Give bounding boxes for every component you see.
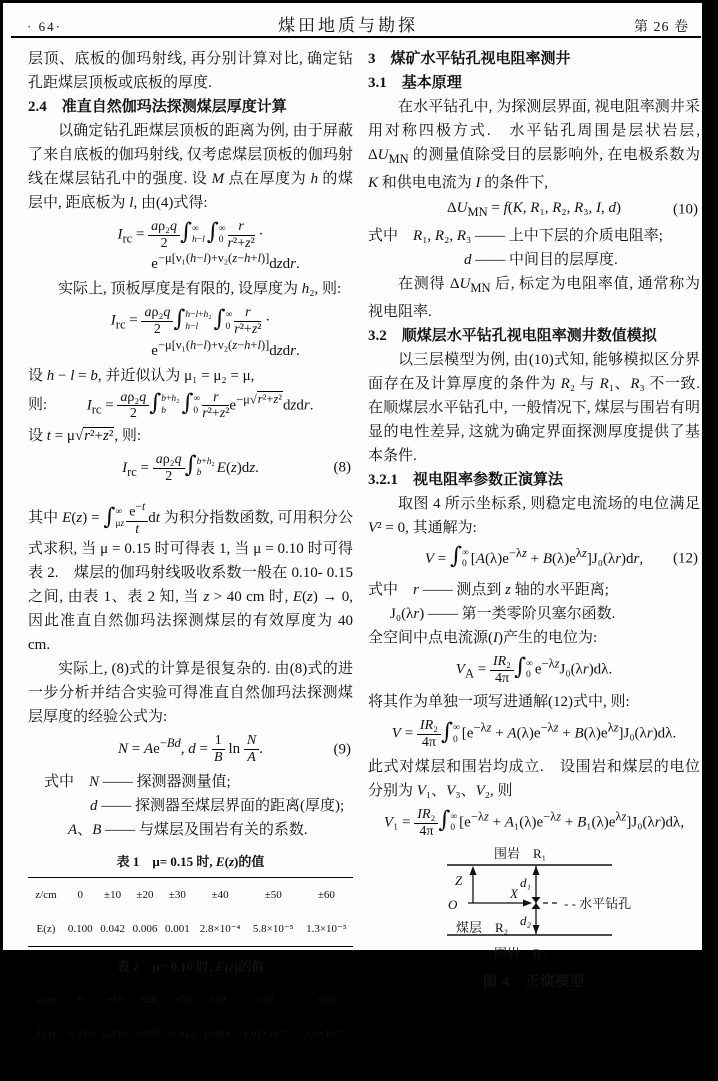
figure-label-x: X: [510, 887, 518, 900]
table-cell: 0.100: [64, 912, 96, 947]
figure-label-d2: d₂: [520, 914, 531, 927]
table-cell: 0.116: [98, 1017, 132, 1052]
borehole-point-lower: [532, 903, 541, 909]
journal-title: 煤田地质与勘探: [278, 11, 418, 36]
table-cell: ±20: [132, 982, 166, 1017]
definition-line: d —— 中间目的层厚度.: [368, 248, 700, 272]
table-cell: 3.6×10⁻⁴: [297, 1017, 353, 1052]
borehole-point-upper: [532, 897, 541, 903]
figure-label-horizontal-borehole: - - 水平钻孔: [564, 897, 631, 910]
table-cell: 0.037: [132, 1017, 166, 1052]
paragraph: 在水平钻孔中, 为探测层界面, 视电阻率测井采用对称四极方式. 水平钻孔周围是层…: [368, 95, 700, 195]
paragraph: 以三层模型为例, 由(10)式知, 能够模拟区分界面存在及计算厚度的条件为 R₂…: [368, 348, 700, 468]
paragraph: 实际上, 顶板厚度是有限的, 设厚度为 h₂, 则:: [28, 277, 353, 301]
section-heading-3-1: 3.1 基本原理: [368, 71, 700, 95]
d1-upper-arrowhead: [533, 866, 540, 875]
figure-label-origin: O: [448, 898, 457, 911]
table-cell: 5.8×10⁻⁵: [247, 912, 300, 947]
table-cell: ±60: [297, 982, 353, 1017]
table-cell: ±10: [98, 982, 132, 1017]
paragraph: 在测得 ΔUMN 后, 标定为电阻率值, 通常称为视电阻率.: [368, 272, 700, 324]
table-cell: ±40: [200, 982, 234, 1017]
figure-label-coal-seam: 煤层 R₂: [456, 921, 508, 934]
table-cell: 2.8×10⁻⁴: [194, 912, 247, 947]
table-cell: 0: [64, 877, 96, 912]
table-cell: 0.003: [200, 1017, 234, 1052]
table-cell: ±40: [194, 877, 247, 912]
table-cell: 1.01×10⁻³: [234, 1017, 297, 1052]
table-cell: z/cm: [28, 877, 64, 912]
equation-number: (8): [334, 458, 352, 478]
table-row: E(z)0.1000.0420.0060.0012.8×10⁻⁴5.8×10⁻⁵…: [28, 912, 353, 947]
equation-10: ΔUMN = f(K, R₁, R₂, R₃, I, d) (10): [368, 199, 700, 220]
figure-label-d1: d₁: [520, 876, 531, 889]
equation-9: N = Ae−Bd, d = 1B ln NA. (9): [28, 733, 353, 765]
equation-v-general: V = IR₂4π∫∞0[e−λz + A(λ)e−λz + B(λ)eλz]J…: [368, 718, 700, 750]
equation-12: V = ∫∞0[A(λ)e−λz + B(λ)eλz]J₀(λr)dr, (12…: [368, 544, 700, 574]
table-cell: 0.012: [166, 1017, 200, 1052]
section-heading-3-2-1: 3.2.1 视电阻率参数正演算法: [368, 468, 700, 492]
equation-va: VA = IR₂4π∫∞0e−λzJ₀(λr)dλ.: [368, 654, 700, 686]
page-number: · 64·: [27, 19, 62, 35]
equation-8: Irc = aρ₂q2∫b+h₂bE(z)dz. (8): [28, 452, 353, 484]
equation-number: (12): [673, 549, 698, 569]
paragraph: 此式对煤层和围岩均成立. 设围岩和煤层的电位分别为 V₁、V₃、V₂, 则: [368, 755, 700, 803]
table-row: z/cm0±10±20±30±40±50±60: [28, 982, 353, 1017]
table-row: E(z)0.2190.1160.0370.0120.0031.01×10⁻³3.…: [28, 1017, 353, 1052]
table-cell: 0.219: [64, 1017, 98, 1052]
table-cell: ±50: [234, 982, 297, 1017]
definition-line: A、B —— 与煤层及围岩有关的系数.: [28, 818, 353, 842]
section-heading-3: 3 煤矿水平钻孔视电阻率测井: [368, 47, 700, 71]
equation-v1: V₁ = IR₂4π∫∞0[e−λz + A₁(λ)e−λz + B₁(λ)eλ…: [368, 807, 700, 839]
paragraph: 设 h − l = b, 并近似认为 μ₁ = μ₂ = μ,: [28, 364, 353, 388]
figure-label-z: Z: [455, 874, 462, 887]
header-rule: [11, 36, 701, 38]
table-row: z/cm0±10±20±30±40±50±60: [28, 877, 353, 912]
left-column: 层顶、底板的伽玛射线, 再分别计算对比, 确定钻孔距煤层顶板或底板的厚度. 2.…: [28, 47, 353, 1052]
equation-7c: 则: Irc = aρ₂q2∫b+h₂b∫∞0rr²+z²e−μ√r²+z²dz…: [28, 390, 353, 422]
x-axis-arrowhead: [523, 900, 532, 907]
definition-line: 式中 N —— 探测器测量值;: [28, 770, 353, 794]
table-cell: 0.042: [96, 912, 128, 947]
table-cell: ±10: [96, 877, 128, 912]
scanned-page-background: { "header": { "page_number": "· 64·", "j…: [0, 0, 718, 1081]
table-cell: E(z): [28, 1017, 64, 1052]
table-cell: ±30: [161, 877, 193, 912]
equation-number: (9): [334, 740, 352, 760]
table-1-title: 表 1 μ= 0.15 时, E(z)的值: [28, 850, 353, 874]
paragraph: 其中 E(z) = ∫∞μze−ttdt 为积分指数函数, 可用积分公式求积, …: [28, 500, 353, 657]
paragraph: 取图 4 所示坐标系, 则稳定电流场的电位满足 V² = 0, 其通解为:: [368, 492, 700, 540]
paragraph: 全空间中点电流源(I)产生的电位为:: [368, 626, 700, 650]
figure-caption: 图 4 正演模型: [368, 971, 700, 995]
table-2-title: 表 2 μ= 0.10 时, E(z)的值: [28, 955, 353, 979]
section-heading-2-4: 2.4 准直自然伽玛法探测煤层厚度计算: [28, 95, 353, 119]
section-heading-3-2: 3.2 顺煤层水平钻孔视电阻率测井数值模拟: [368, 324, 700, 348]
figure-label-surrounding-rock-bottom: 围岩 R₃: [494, 947, 546, 960]
definition-line: 式中 R₁, R₂, R₃ —— 上中下层的介质电阻率;: [368, 224, 700, 248]
paragraph: 将其作为单独一项写进通解(12)式中, 则:: [368, 690, 700, 714]
equation-7a: Irc = aρ₂q2∫∞h−l∫∞0rr²+z² · e−μ[ν₁(h−l)+…: [28, 219, 353, 273]
equation-number: (10): [673, 200, 698, 220]
table-cell: 0.001: [161, 912, 193, 947]
definition-line: 式中 r —— 测点到 z 轴的水平距离;: [368, 578, 700, 602]
table-cell: ±20: [129, 877, 161, 912]
paragraph: 以确定钻孔距煤层顶板的距离为例, 由于屏蔽了来自底板的伽玛射线, 仅考虑煤层顶板…: [28, 119, 353, 215]
paragraph-carryover: 层顶、底板的伽玛射线, 再分别计算对比, 确定钻孔距煤层顶板或底板的厚度.: [28, 47, 353, 95]
table-cell: E(z): [28, 912, 64, 947]
table-1: z/cm0±10±20±30±40±50±60E(z)0.1000.0420.0…: [28, 877, 353, 947]
equation-7b: Irc = aρ₂q2∫h−l+h₂h−l∫∞0rr²+z² · e−μ[ν₁(…: [28, 305, 353, 359]
z-axis-arrowhead: [470, 866, 477, 875]
table-cell: 0.006: [129, 912, 161, 947]
paragraph: 设 t = μ√r²+z², 则:: [28, 424, 353, 448]
table-cell: z/cm: [28, 982, 64, 1017]
forward-model-figure: 围岩 R₁ Z X O d₁ d₂ - - 水平钻孔 煤层 R₂: [368, 847, 700, 997]
volume-label: 第 26 卷: [634, 16, 689, 36]
page-header: · 64· 煤田地质与勘探 第 26 卷: [27, 11, 689, 36]
right-column: 3 煤矿水平钻孔视电阻率测井 3.1 基本原理 在水平钻孔中, 为探测层界面, …: [368, 47, 700, 997]
paragraph: 实际上, (8)式的计算是很复杂的. 由(8)式的进一步分析并结合实验可得准直自…: [28, 657, 353, 729]
table-cell: 1.3×10⁻⁵: [300, 912, 353, 947]
definition-line: J₀(λr) —— 第一类零阶贝塞尔函数.: [368, 602, 700, 626]
table-2: z/cm0±10±20±30±40±50±60E(z)0.2190.1160.0…: [28, 982, 353, 1052]
journal-page: · 64· 煤田地质与勘探 第 26 卷 层顶、底板的伽玛射线, 再分别计算对比…: [3, 3, 702, 950]
table-cell: ±60: [300, 877, 353, 912]
table-cell: ±30: [166, 982, 200, 1017]
table-cell: 0: [64, 982, 98, 1017]
d2-lower-arrowhead: [533, 925, 540, 934]
definition-line: d —— 探测器至煤层界面的距离(厚度);: [28, 794, 353, 818]
table-cell: ±50: [247, 877, 300, 912]
